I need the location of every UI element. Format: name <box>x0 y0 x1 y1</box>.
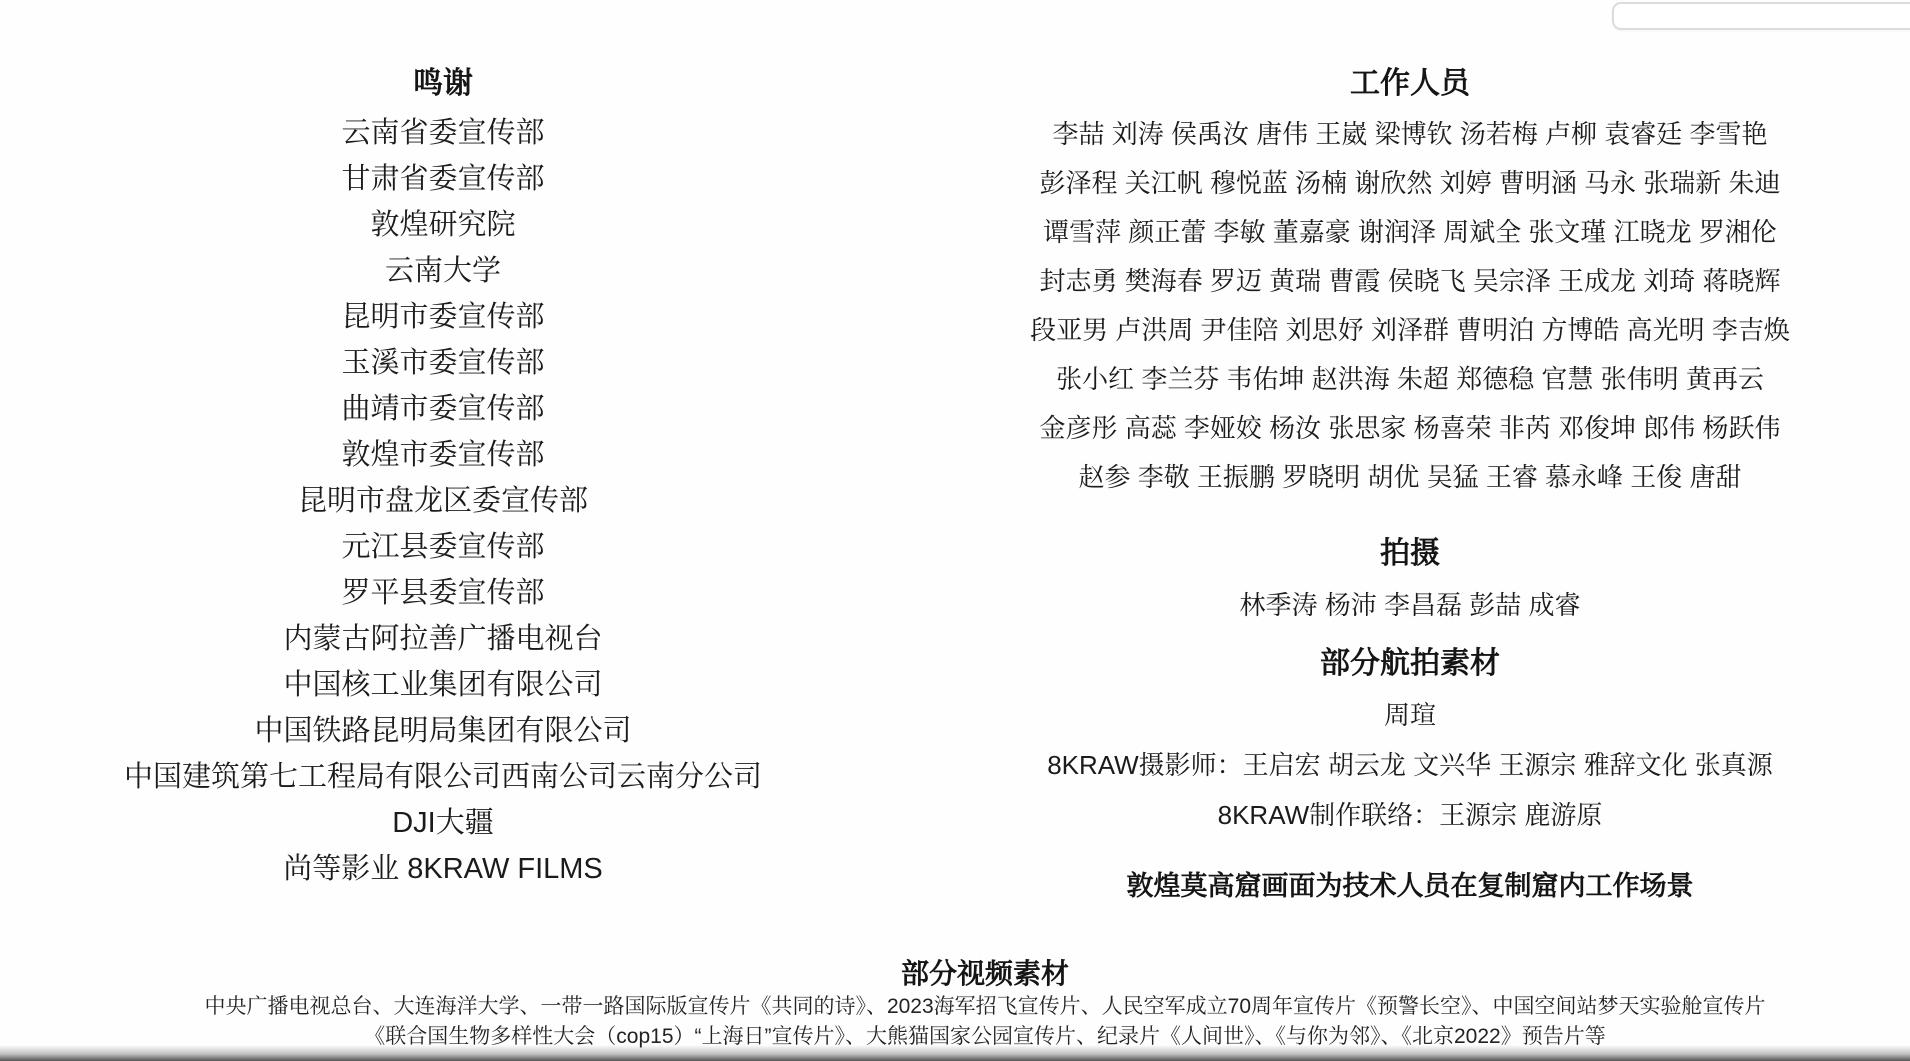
acknowledgment-item: 云南大学 <box>0 248 886 294</box>
filming-names: 林季涛 杨沛 李昌磊 彭喆 成睿 <box>940 580 1880 630</box>
acknowledgment-item: 敦煌市委宣传部 <box>0 432 886 478</box>
staff-title: 工作人员 <box>940 58 1880 110</box>
acknowledgment-item: 玉溪市委宣传部 <box>0 340 886 386</box>
acknowledgment-item: 昆明市委宣传部 <box>0 294 886 340</box>
aerial-footage-row: 8KRAW制作联络：王源宗 鹿游原 <box>940 790 1880 840</box>
acknowledgments-section: 鸣谢 云南省委宣传部 甘肃省委宣传部 敦煌研究院 云南大学 昆明市委宣传部 玉溪… <box>0 58 886 892</box>
video-sources-row: 中央广播电视总台、大连海洋大学、一带一路国际版宣传片《共同的诗》、2023海军招… <box>60 992 1910 1022</box>
staff-names-row: 段亚男 卢洪周 尹佳陪 刘思妤 刘泽群 曹明泊 方博皓 高光明 李吉焕 <box>940 306 1880 355</box>
video-sources-title: 部分视频素材 <box>60 956 1910 992</box>
staff-names-row: 彭泽程 关江帆 穆悦蓝 汤楠 谢欣然 刘婷 曹明涵 马永 张瑞新 朱迪 <box>940 159 1880 208</box>
filming-title: 拍摄 <box>940 528 1880 580</box>
staff-names-row: 赵参 李敬 王振鹏 罗晓明 胡优 吴猛 王睿 慕永峰 王俊 唐甜 <box>940 453 1880 502</box>
acknowledgment-item: 甘肃省委宣传部 <box>0 156 886 202</box>
acknowledgment-item: 内蒙古阿拉善广播电视台 <box>0 616 886 662</box>
acknowledgment-item: DJI大疆 <box>0 800 886 846</box>
staff-names-row: 金彦彤 高蕊 李娅姣 杨汝 张思家 杨喜荣 非芮 邓俊坤 郎伟 杨跃伟 <box>940 404 1880 453</box>
staff-names-row: 谭雪萍 颜正蕾 李敏 董嘉豪 谢润泽 周斌全 张文瑾 江晓龙 罗湘伦 <box>940 208 1880 257</box>
staff-names-row: 张小红 李兰芬 韦佑坤 赵洪海 朱超 郑德稳 官慧 张伟明 黄再云 <box>940 355 1880 404</box>
staff-section: 工作人员 李喆 刘涛 侯禹汝 唐伟 王崴 梁博钦 汤若梅 卢柳 袁睿廷 李雪艳 … <box>940 58 1880 902</box>
aerial-footage-title: 部分航拍素材 <box>940 638 1880 690</box>
aerial-footage-row: 周瑄 <box>940 690 1880 740</box>
staff-names-row: 封志勇 樊海春 罗迈 黄瑞 曹霞 侯晓飞 吴宗泽 王成龙 刘琦 蒋晓辉 <box>940 257 1880 306</box>
dunhuang-note: 敦煌莫高窟画面为技术人员在复制窟内工作场景 <box>940 870 1880 902</box>
acknowledgment-item: 中国铁路昆明局集团有限公司 <box>0 708 886 754</box>
acknowledgment-item: 敦煌研究院 <box>0 202 886 248</box>
acknowledgment-item: 云南省委宣传部 <box>0 110 886 156</box>
acknowledgment-item: 中国核工业集团有限公司 <box>0 662 886 708</box>
acknowledgment-item: 曲靖市委宣传部 <box>0 386 886 432</box>
acknowledgment-item: 尚等影业 8KRAW FILMS <box>0 846 886 892</box>
acknowledgment-item: 罗平县委宣传部 <box>0 570 886 616</box>
acknowledgments-title: 鸣谢 <box>0 58 886 110</box>
staff-names-row: 李喆 刘涛 侯禹汝 唐伟 王崴 梁博钦 汤若梅 卢柳 袁睿廷 李雪艳 <box>940 110 1880 159</box>
aerial-footage-row: 8KRAW摄影师：王启宏 胡云龙 文兴华 王源宗 雅辞文化 张真源 <box>940 740 1880 790</box>
video-sources-section: 部分视频素材 中央广播电视总台、大连海洋大学、一带一路国际版宣传片《共同的诗》、… <box>60 956 1910 1052</box>
credits-screen: 鸣谢 云南省委宣传部 甘肃省委宣传部 敦煌研究院 云南大学 昆明市委宣传部 玉溪… <box>0 0 1910 1061</box>
acknowledgment-item: 中国建筑第七工程局有限公司西南公司云南分公司 <box>0 754 886 800</box>
video-sources-row: 《联合国生物多样性大会（cop15）“上海日”宣传片》、大熊猫国家公园宣传片、纪… <box>60 1022 1910 1052</box>
acknowledgment-item: 元江县委宣传部 <box>0 524 886 570</box>
acknowledgment-item: 昆明市盘龙区委宣传部 <box>0 478 886 524</box>
overlay-pill[interactable] <box>1612 2 1910 30</box>
